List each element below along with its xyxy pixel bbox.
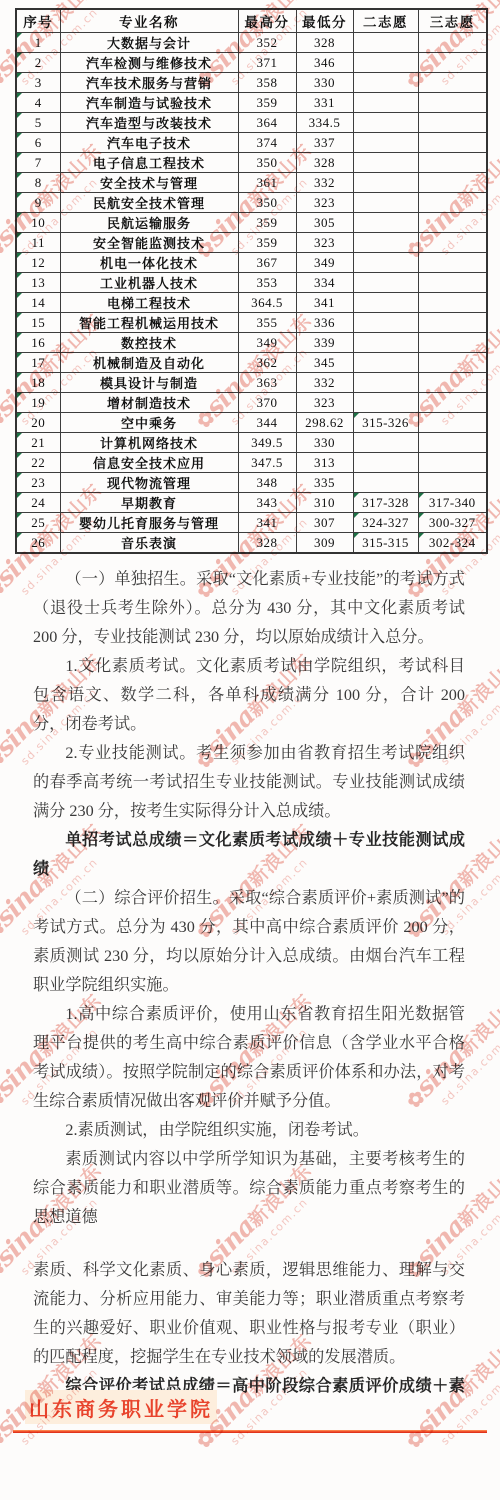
formula-paragraph: 单招考试总成绩＝文化素质考试成绩＋专业技能测试成绩	[33, 826, 465, 884]
cell-vol3-range	[418, 373, 487, 393]
cell-min-score: 339	[296, 333, 353, 353]
table-row: 6汽车电子技术374337	[16, 133, 487, 153]
cell-vol3-range	[418, 93, 487, 113]
cell-major-name: 汽车技术服务与营销	[60, 73, 238, 93]
excel-flag-triangle	[17, 493, 22, 498]
cell-max-score: 359	[238, 93, 296, 113]
cell-max-score: 359	[238, 213, 296, 233]
cell-vol3-range	[418, 333, 487, 353]
excel-flag-triangle	[419, 533, 424, 538]
cell-vol3-range	[418, 233, 487, 253]
excel-flag-triangle	[17, 473, 22, 478]
excel-flag-triangle	[17, 413, 22, 418]
cell-min-score: 332	[296, 173, 353, 193]
table-row: 12机电一体化技术367349	[16, 253, 487, 273]
cell-index: 7	[16, 153, 60, 173]
cell-major-name: 安全智能监测技术	[60, 233, 238, 253]
cell-min-score: 328	[296, 153, 353, 173]
cell-max-score: 367	[238, 253, 296, 273]
table-row: 11安全智能监测技术359323	[16, 233, 487, 253]
cell-index: 10	[16, 213, 60, 233]
cell-vol2-range	[353, 213, 418, 233]
cell-index: 15	[16, 313, 60, 333]
cell-vol3-range: 300-327	[418, 513, 487, 533]
cell-index: 12	[16, 253, 60, 273]
body-paragraph: （一）单独招生。采取“文化素质+专业技能”的考试方式（退役士兵考生除外）。总分为…	[33, 565, 465, 652]
cell-max-score: 358	[238, 73, 296, 93]
cell-min-score: 323	[296, 393, 353, 413]
cell-min-score: 298.62	[296, 413, 353, 433]
cell-index: 26	[16, 533, 60, 554]
excel-flag-triangle	[17, 273, 22, 278]
body-paragraph: 2.素质测试，由学院组织实施，闭卷考试。	[33, 1116, 465, 1145]
cell-major-name: 婴幼儿托育服务与管理	[60, 513, 238, 533]
excel-flag-triangle	[17, 313, 22, 318]
cell-max-score: 364	[238, 113, 296, 133]
cell-max-score: 364.5	[238, 293, 296, 313]
excel-flag-triangle	[17, 133, 22, 138]
school-name-badge: 山东商务职业学院	[25, 1390, 217, 1424]
cell-min-score: 309	[296, 533, 353, 554]
cell-max-score: 350	[238, 153, 296, 173]
table-row: 1大数据与会计352328	[16, 33, 487, 53]
cell-vol3-range	[418, 73, 487, 93]
excel-flag-triangle	[17, 113, 22, 118]
cell-vol2-range	[353, 233, 418, 253]
cell-vol3-range	[418, 453, 487, 473]
cell-min-score: 328	[296, 33, 353, 53]
table-row: 25婴幼儿托育服务与管理341307324-327300-327	[16, 513, 487, 533]
cell-max-score: 363	[238, 373, 296, 393]
excel-flag-triangle	[17, 353, 22, 358]
cell-min-score: 337	[296, 133, 353, 153]
cell-index: 9	[16, 193, 60, 213]
cell-max-score: 361	[238, 173, 296, 193]
cell-major-name: 机电一体化技术	[60, 253, 238, 273]
excel-flag-triangle	[17, 253, 22, 258]
cell-major-name: 汽车电子技术	[60, 133, 238, 153]
excel-flag-triangle	[17, 233, 22, 238]
cell-index: 2	[16, 53, 60, 73]
cell-vol2-range	[353, 73, 418, 93]
body-paragraph: 素质、科学文化素质、身心素质，逻辑思维能力、理解与交流能力、分析应用能力、审美能…	[33, 1256, 465, 1372]
cell-min-score: 307	[296, 513, 353, 533]
body-paragraph: 2.专业技能测试。考生须参加由省教育招生考试院组织的春季高考统一考试招生专业技能…	[33, 739, 465, 826]
cell-major-name: 计算机网络技术	[60, 433, 238, 453]
cell-min-score: 313	[296, 453, 353, 473]
cell-min-score: 323	[296, 233, 353, 253]
cell-max-score: 349.5	[238, 433, 296, 453]
excel-flag-triangle	[17, 293, 22, 298]
cell-max-score: 355	[238, 313, 296, 333]
cell-vol3-range	[418, 273, 487, 293]
cell-index: 11	[16, 233, 60, 253]
column-header-v3: 三志愿	[418, 9, 487, 33]
table-row: 26音乐表演328309315-315302-324	[16, 533, 487, 554]
cell-vol2-range	[353, 433, 418, 453]
table-row: 8安全技术与管理361332	[16, 173, 487, 193]
excel-flag-triangle	[17, 333, 22, 338]
cell-max-score: 350	[238, 193, 296, 213]
cell-vol2-range	[353, 133, 418, 153]
excel-flag-triangle	[354, 513, 359, 518]
cell-index: 24	[16, 493, 60, 513]
table-row: 21计算机网络技术349.5330	[16, 433, 487, 453]
excel-flag-triangle	[17, 373, 22, 378]
excel-flag-triangle	[419, 493, 424, 498]
cell-max-score: 328	[238, 533, 296, 554]
excel-flag-triangle	[17, 433, 22, 438]
cell-index: 5	[16, 113, 60, 133]
cell-major-name: 信息安全技术应用	[60, 453, 238, 473]
cell-min-score: 336	[296, 313, 353, 333]
cell-index: 23	[16, 473, 60, 493]
school-name: 山东商务职业学院	[29, 1393, 213, 1422]
excel-flag-triangle	[17, 453, 22, 458]
column-header-major: 专业名称	[60, 9, 238, 33]
cell-index: 4	[16, 93, 60, 113]
table-row: 16数控技术349339	[16, 333, 487, 353]
excel-flag-triangle	[17, 173, 22, 178]
cell-vol2-range: 324-327	[353, 513, 418, 533]
table-header-row: 序号专业名称最高分最低分二志愿三志愿	[16, 9, 487, 33]
header-row: 序号专业名称最高分最低分二志愿三志愿	[16, 9, 487, 33]
cell-vol3-range: 317-340	[418, 493, 487, 513]
cell-min-score: 310	[296, 493, 353, 513]
cell-min-score: 335	[296, 473, 353, 493]
cell-vol2-range: 315-326	[353, 413, 418, 433]
body-paragraph: 1.高中综合素质评价，使用山东省教育招生阳光数据管理平台提供的考生高中综合素质评…	[33, 1000, 465, 1116]
table-row: 4汽车制造与试验技术359331	[16, 93, 487, 113]
cell-vol2-range	[353, 273, 418, 293]
cell-index: 22	[16, 453, 60, 473]
cell-index: 17	[16, 353, 60, 373]
table-row: 2汽车检测与维修技术371346	[16, 53, 487, 73]
cell-vol3-range	[418, 173, 487, 193]
cell-vol2-range	[353, 473, 418, 493]
table-row: 13工业机器人技术353334	[16, 273, 487, 293]
body-paragraph: 1.文化素质考试。文化素质考试由学院组织，考试科目包含语文、数学二科，各单科成绩…	[33, 652, 465, 739]
excel-flag-triangle	[17, 193, 22, 198]
table-row: 20空中乘务344298.62315-326	[16, 413, 487, 433]
cell-index: 16	[16, 333, 60, 353]
excel-flag-triangle	[17, 33, 22, 38]
cell-vol3-range	[418, 473, 487, 493]
cell-max-score: 362	[238, 353, 296, 373]
cell-max-score: 348	[238, 473, 296, 493]
table-row: 14电梯工程技术364.5341	[16, 293, 487, 313]
cell-major-name: 电梯工程技术	[60, 293, 238, 313]
table-row: 23现代物流管理348335	[16, 473, 487, 493]
cell-index: 1	[16, 33, 60, 53]
cell-vol2-range	[353, 353, 418, 373]
cell-min-score: 341	[296, 293, 353, 313]
cell-vol3-range	[418, 113, 487, 133]
cell-max-score: 347.5	[238, 453, 296, 473]
cell-major-name: 增材制造技术	[60, 393, 238, 413]
cell-vol2-range	[353, 393, 418, 413]
cell-vol3-range	[418, 33, 487, 53]
cell-major-name: 工业机器人技术	[60, 273, 238, 293]
table-row: 5汽车造型与改装技术364334.5	[16, 113, 487, 133]
cell-max-score: 352	[238, 33, 296, 53]
cell-vol3-range	[418, 153, 487, 173]
excel-flag-triangle	[17, 73, 22, 78]
cell-major-name: 汽车造型与改装技术	[60, 113, 238, 133]
cell-vol2-range: 317-328	[353, 493, 418, 513]
cell-vol2-range	[353, 173, 418, 193]
cell-major-name: 电子信息工程技术	[60, 153, 238, 173]
cell-vol2-range	[353, 373, 418, 393]
footer-divider-line	[13, 1430, 487, 1433]
cell-min-score: 323	[296, 193, 353, 213]
cell-min-score: 349	[296, 253, 353, 273]
cell-major-name: 大数据与会计	[60, 33, 238, 53]
cell-max-score: 374	[238, 133, 296, 153]
cell-min-score: 334	[296, 273, 353, 293]
cell-vol2-range	[353, 193, 418, 213]
cell-index: 20	[16, 413, 60, 433]
column-header-v2: 二志愿	[353, 9, 418, 33]
column-header-min: 最低分	[296, 9, 353, 33]
excel-flag-triangle	[17, 153, 22, 158]
excel-flag-triangle	[419, 513, 424, 518]
cell-vol2-range	[353, 313, 418, 333]
cell-vol3-range	[418, 193, 487, 213]
cell-min-score: 346	[296, 53, 353, 73]
table-body: 1大数据与会计3523282汽车检测与维修技术3713463汽车技术服务与营销3…	[16, 33, 487, 554]
cell-vol3-range	[418, 213, 487, 233]
cell-index: 8	[16, 173, 60, 193]
table-row: 3汽车技术服务与营销358330	[16, 73, 487, 93]
cell-min-score: 334.5	[296, 113, 353, 133]
cell-major-name: 数控技术	[60, 333, 238, 353]
cell-major-name: 智能工程机械运用技术	[60, 313, 238, 333]
cell-max-score: 341	[238, 513, 296, 533]
cell-max-score: 344	[238, 413, 296, 433]
cell-vol3-range	[418, 293, 487, 313]
excel-flag-triangle	[17, 533, 22, 538]
cell-vol2-range: 315-315	[353, 533, 418, 554]
cell-vol2-range	[353, 53, 418, 73]
document-body-text: （一）单独招生。采取“文化素质+专业技能”的考试方式（退役士兵考生除外）。总分为…	[33, 565, 465, 1430]
cell-major-name: 汽车制造与试验技术	[60, 93, 238, 113]
cell-major-name: 模具设计与制造	[60, 373, 238, 393]
cell-vol2-range	[353, 293, 418, 313]
cell-vol3-range	[418, 433, 487, 453]
cell-index: 19	[16, 393, 60, 413]
cell-vol3-range	[418, 253, 487, 273]
cell-major-name: 安全技术与管理	[60, 173, 238, 193]
cell-index: 6	[16, 133, 60, 153]
cell-max-score: 353	[238, 273, 296, 293]
excel-flag-triangle	[17, 93, 22, 98]
cell-vol3-range	[418, 413, 487, 433]
admission-score-table: 序号专业名称最高分最低分二志愿三志愿 1大数据与会计3523282汽车检测与维修…	[15, 8, 488, 554]
cell-index: 14	[16, 293, 60, 313]
cell-max-score: 371	[238, 53, 296, 73]
table-row: 24早期教育343310317-328317-340	[16, 493, 487, 513]
table-row: 10民航运输服务359305	[16, 213, 487, 233]
cell-vol2-range	[353, 253, 418, 273]
cell-vol3-range	[418, 353, 487, 373]
cell-vol3-range	[418, 393, 487, 413]
cell-max-score: 343	[238, 493, 296, 513]
cell-major-name: 民航运输服务	[60, 213, 238, 233]
cell-index: 18	[16, 373, 60, 393]
cell-major-name: 现代物流管理	[60, 473, 238, 493]
cell-min-score: 345	[296, 353, 353, 373]
cell-major-name: 早期教育	[60, 493, 238, 513]
table-row: 17机械制造及自动化362345	[16, 353, 487, 373]
column-header-max: 最高分	[238, 9, 296, 33]
body-paragraph: 素质测试内容以中学所学知识为基础，主要考核考生的综合素质能力和职业潜质等。综合素…	[33, 1145, 465, 1232]
cell-min-score: 330	[296, 73, 353, 93]
cell-major-name: 音乐表演	[60, 533, 238, 554]
cell-min-score: 305	[296, 213, 353, 233]
cell-vol2-range	[353, 33, 418, 53]
cell-vol3-range	[418, 133, 487, 153]
excel-flag-triangle	[17, 53, 22, 58]
cell-index: 25	[16, 513, 60, 533]
cell-major-name: 空中乘务	[60, 413, 238, 433]
cell-vol3-range	[418, 53, 487, 73]
cell-vol3-range	[418, 313, 487, 333]
cell-min-score: 331	[296, 93, 353, 113]
cell-vol2-range	[353, 113, 418, 133]
cell-vol2-range	[353, 333, 418, 353]
cell-major-name: 汽车检测与维修技术	[60, 53, 238, 73]
cell-vol3-range: 302-324	[418, 533, 487, 554]
cell-min-score: 330	[296, 433, 353, 453]
cell-vol2-range	[353, 453, 418, 473]
excel-flag-triangle	[354, 493, 359, 498]
table-row: 18模具设计与制造363332	[16, 373, 487, 393]
cell-major-name: 机械制造及自动化	[60, 353, 238, 373]
cell-max-score: 370	[238, 393, 296, 413]
cell-max-score: 359	[238, 233, 296, 253]
cell-vol2-range	[353, 93, 418, 113]
cell-vol2-range	[353, 153, 418, 173]
cell-major-name: 民航安全技术管理	[60, 193, 238, 213]
excel-flag-triangle	[17, 213, 22, 218]
cell-index: 3	[16, 73, 60, 93]
column-header-no: 序号	[16, 9, 60, 33]
cell-index: 13	[16, 273, 60, 293]
cell-index: 21	[16, 433, 60, 453]
table-row: 22信息安全技术应用347.5313	[16, 453, 487, 473]
cell-max-score: 349	[238, 333, 296, 353]
body-paragraph: （二）综合评价招生。采取“综合素质评价+素质测试”的考试方式。总分为 430 分…	[33, 884, 465, 1000]
document-page: 序号专业名称最高分最低分二志愿三志愿 1大数据与会计3523282汽车检测与维修…	[0, 0, 500, 1500]
excel-flag-triangle	[354, 533, 359, 538]
cell-min-score: 332	[296, 373, 353, 393]
table-row: 15智能工程机械运用技术355336	[16, 313, 487, 333]
table-row: 7电子信息工程技术350328	[16, 153, 487, 173]
table-row: 19增材制造技术370323	[16, 393, 487, 413]
excel-flag-triangle	[17, 393, 22, 398]
excel-flag-triangle	[354, 413, 359, 418]
table-row: 9民航安全技术管理350323	[16, 193, 487, 213]
excel-flag-triangle	[17, 513, 22, 518]
